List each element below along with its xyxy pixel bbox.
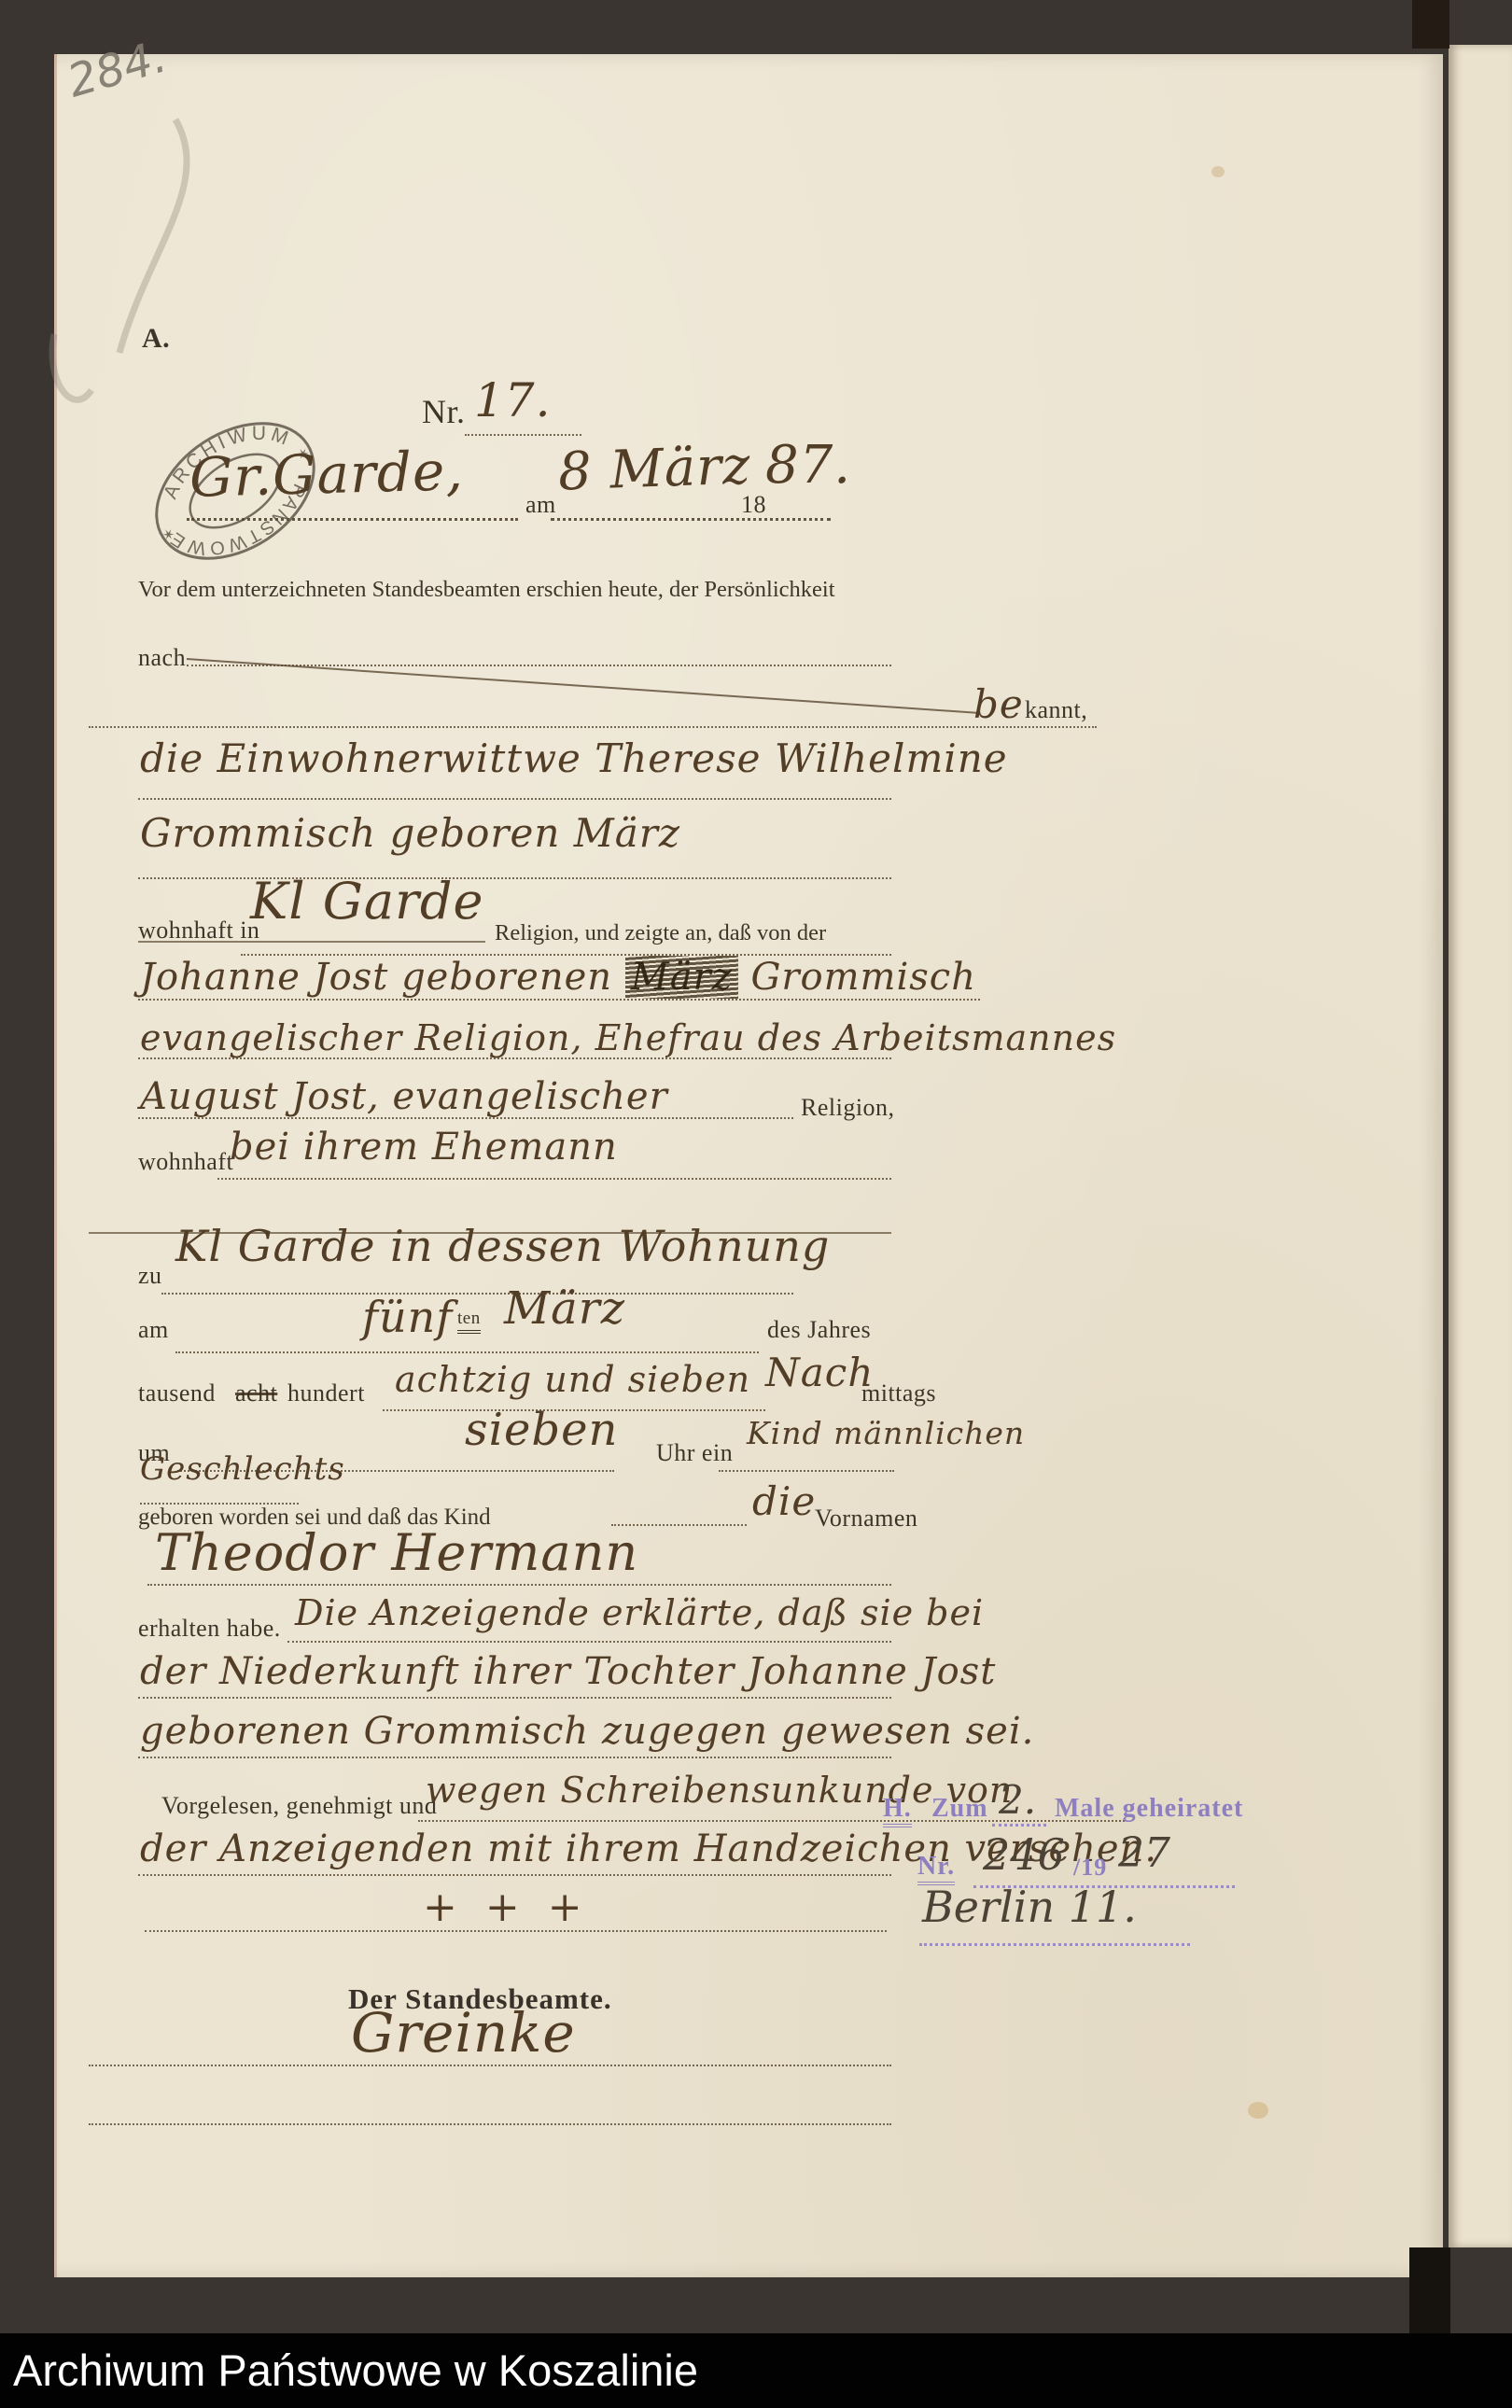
purple-stamp-nr-value: 246 <box>983 1829 1065 1880</box>
bei-ehemann-rule <box>217 1178 891 1180</box>
signature-rule2 <box>89 2123 891 2125</box>
mother-struck-name: März <box>625 956 738 999</box>
purple-stamp-zum: Zum <box>931 1794 988 1824</box>
mother-line2: evangelischer Religion, Ehefrau des Arbe… <box>140 1017 1116 1058</box>
year-value: 87. <box>765 435 851 496</box>
purple-stamp-h: H. <box>883 1794 912 1827</box>
vorgelesen-label: Vorgelesen, genehmigt und <box>161 1792 437 1820</box>
pencil-corner-number: 284. <box>62 30 172 107</box>
am2-label: am <box>138 1316 169 1344</box>
tausend-label: tausend <box>138 1379 216 1407</box>
place-value: Gr.Garde, <box>189 439 464 510</box>
nach-hand: Nach <box>765 1350 874 1395</box>
signature-rule1 <box>89 2065 891 2066</box>
religion-line: Religion, und zeigte an, daß von der <box>495 920 826 946</box>
declarant-line2: Grommisch geboren März <box>140 810 680 856</box>
purple-stamp-year-value: 27 <box>1118 1829 1170 1877</box>
archive-caption-bar: Archiwum Państwowe w Koszalinie <box>0 2333 1512 2408</box>
zu-value: Kl Garde in dessen Wohnung <box>175 1221 830 1271</box>
binding-notch-top <box>1412 0 1449 49</box>
paper-stain <box>1211 166 1225 177</box>
purple-stamp-number-hand: 2. <box>999 1777 1036 1823</box>
archive-scan-viewer: 284. ARCHIWUM PAŃSTWOWE ✶ ✶ <box>0 0 1512 2408</box>
pencil-scribble <box>35 110 278 427</box>
declaration-rule1 <box>287 1641 891 1643</box>
mother-line2-rule <box>138 1057 891 1059</box>
closing-rule2 <box>138 1874 891 1876</box>
zu-rule <box>161 1293 793 1295</box>
religion-blank <box>138 941 485 943</box>
father-line: August Jost, evangelischer <box>140 1075 668 1118</box>
mittags-label: mittags <box>861 1379 936 1407</box>
nr-label: Nr. <box>422 392 466 431</box>
section-letter: A. <box>142 323 170 355</box>
bekannt-line <box>89 726 1097 728</box>
year-prefix: 18 <box>741 491 766 519</box>
kind-rule <box>719 1470 894 1472</box>
mother-line1-b: Grommisch <box>750 956 976 999</box>
purple-stamp-nr-label: Nr. <box>917 1852 955 1885</box>
am-label: am <box>525 491 556 519</box>
closing-hand1: wegen Schreibensunkunde von <box>426 1770 1013 1811</box>
erhalten-habe-label: erhalten habe. <box>138 1615 281 1643</box>
purple-stamp-slash19: /19 <box>1073 1854 1107 1882</box>
be-hand: be <box>973 681 1024 727</box>
archive-name-label: Archiwum Państwowe w Koszalinie <box>13 2345 698 2395</box>
declarant-line1: die Einwohnerwittwe Therese Wilhelmine <box>140 735 1008 781</box>
intro-line: Vor dem unterzeichneten Standesbeamten e… <box>138 577 835 603</box>
month-hand: März <box>504 1282 625 1335</box>
hundert-label: hundert <box>287 1379 365 1407</box>
bei-ehemann: bei ihrem Ehemann <box>230 1126 618 1169</box>
nr-value: 17. <box>474 373 552 427</box>
hour-hand: sieben <box>465 1404 618 1456</box>
paper-stain <box>1248 2102 1268 2119</box>
purple-stamp-city: Berlin 11. <box>922 1882 1137 1932</box>
mother-line1-a: Johanne Jost geborenen <box>140 956 612 999</box>
religion-word: Religion, <box>801 1094 895 1122</box>
wohnhaft-label: wohnhaft <box>138 1148 233 1176</box>
acht-struck: acht <box>235 1379 277 1407</box>
declarant-line1-rule <box>138 798 891 800</box>
purple-stamp-city-rule <box>919 1943 1190 1946</box>
am2-rule <box>175 1351 759 1353</box>
document-page: 284. ARCHIWUM PAŃSTWOWE ✶ ✶ <box>54 54 1443 2277</box>
father-rule <box>138 1117 793 1119</box>
declaration-rule2 <box>138 1697 891 1699</box>
handmark-rule <box>145 1930 887 1932</box>
mother-line1-rule <box>138 999 980 1001</box>
year-words: achtzig und sieben <box>395 1359 750 1400</box>
place-underline <box>187 518 518 521</box>
declaration-hand3: geborenen Grommisch zugegen gewesen sei. <box>140 1710 1034 1753</box>
geschlechts-hand: Geschlechts <box>140 1450 345 1488</box>
purple-stamp-number-rule <box>992 1824 1046 1827</box>
residence-value: Kl Garde <box>250 872 483 931</box>
registrar-signature: Greinke <box>351 2001 576 2065</box>
mother-line1: Johanne Jost geborenen März Grommisch <box>140 956 976 999</box>
vornamen-label: Vornamen <box>815 1505 917 1533</box>
zu-label: zu <box>138 1262 162 1290</box>
adjacent-page-edge <box>1449 45 1512 2247</box>
kannt-label: kannt, <box>1025 696 1087 724</box>
nr-underline <box>465 434 581 436</box>
uhr-ein-label: Uhr ein <box>656 1439 733 1467</box>
declaration-hand2: der Niederkunft ihrer Tochter Johanne Jo… <box>140 1650 996 1693</box>
binding-gap-bottom <box>1409 2247 1450 2333</box>
des-jahres-label: des Jahres <box>767 1316 871 1344</box>
purple-stamp-male-geheiratet: Male geheiratet <box>1055 1794 1243 1824</box>
date-underline <box>551 518 831 521</box>
handmark-crosses: + + + <box>423 1883 590 1931</box>
die-hand: die <box>752 1478 816 1524</box>
date-value: 8 März <box>557 435 752 502</box>
kind-hand: Kind männlichen <box>747 1415 1025 1451</box>
day-hand: fünf <box>362 1292 453 1342</box>
ten-label: ten <box>457 1309 481 1334</box>
declaration-hand1: Die Anzeigende erklärte, daß sie bei <box>295 1592 984 1633</box>
nach-label: nach <box>138 644 186 672</box>
child-name-rule <box>147 1584 891 1586</box>
declaration-rule3 <box>138 1757 891 1758</box>
child-name: Theodor Hermann <box>155 1523 638 1582</box>
